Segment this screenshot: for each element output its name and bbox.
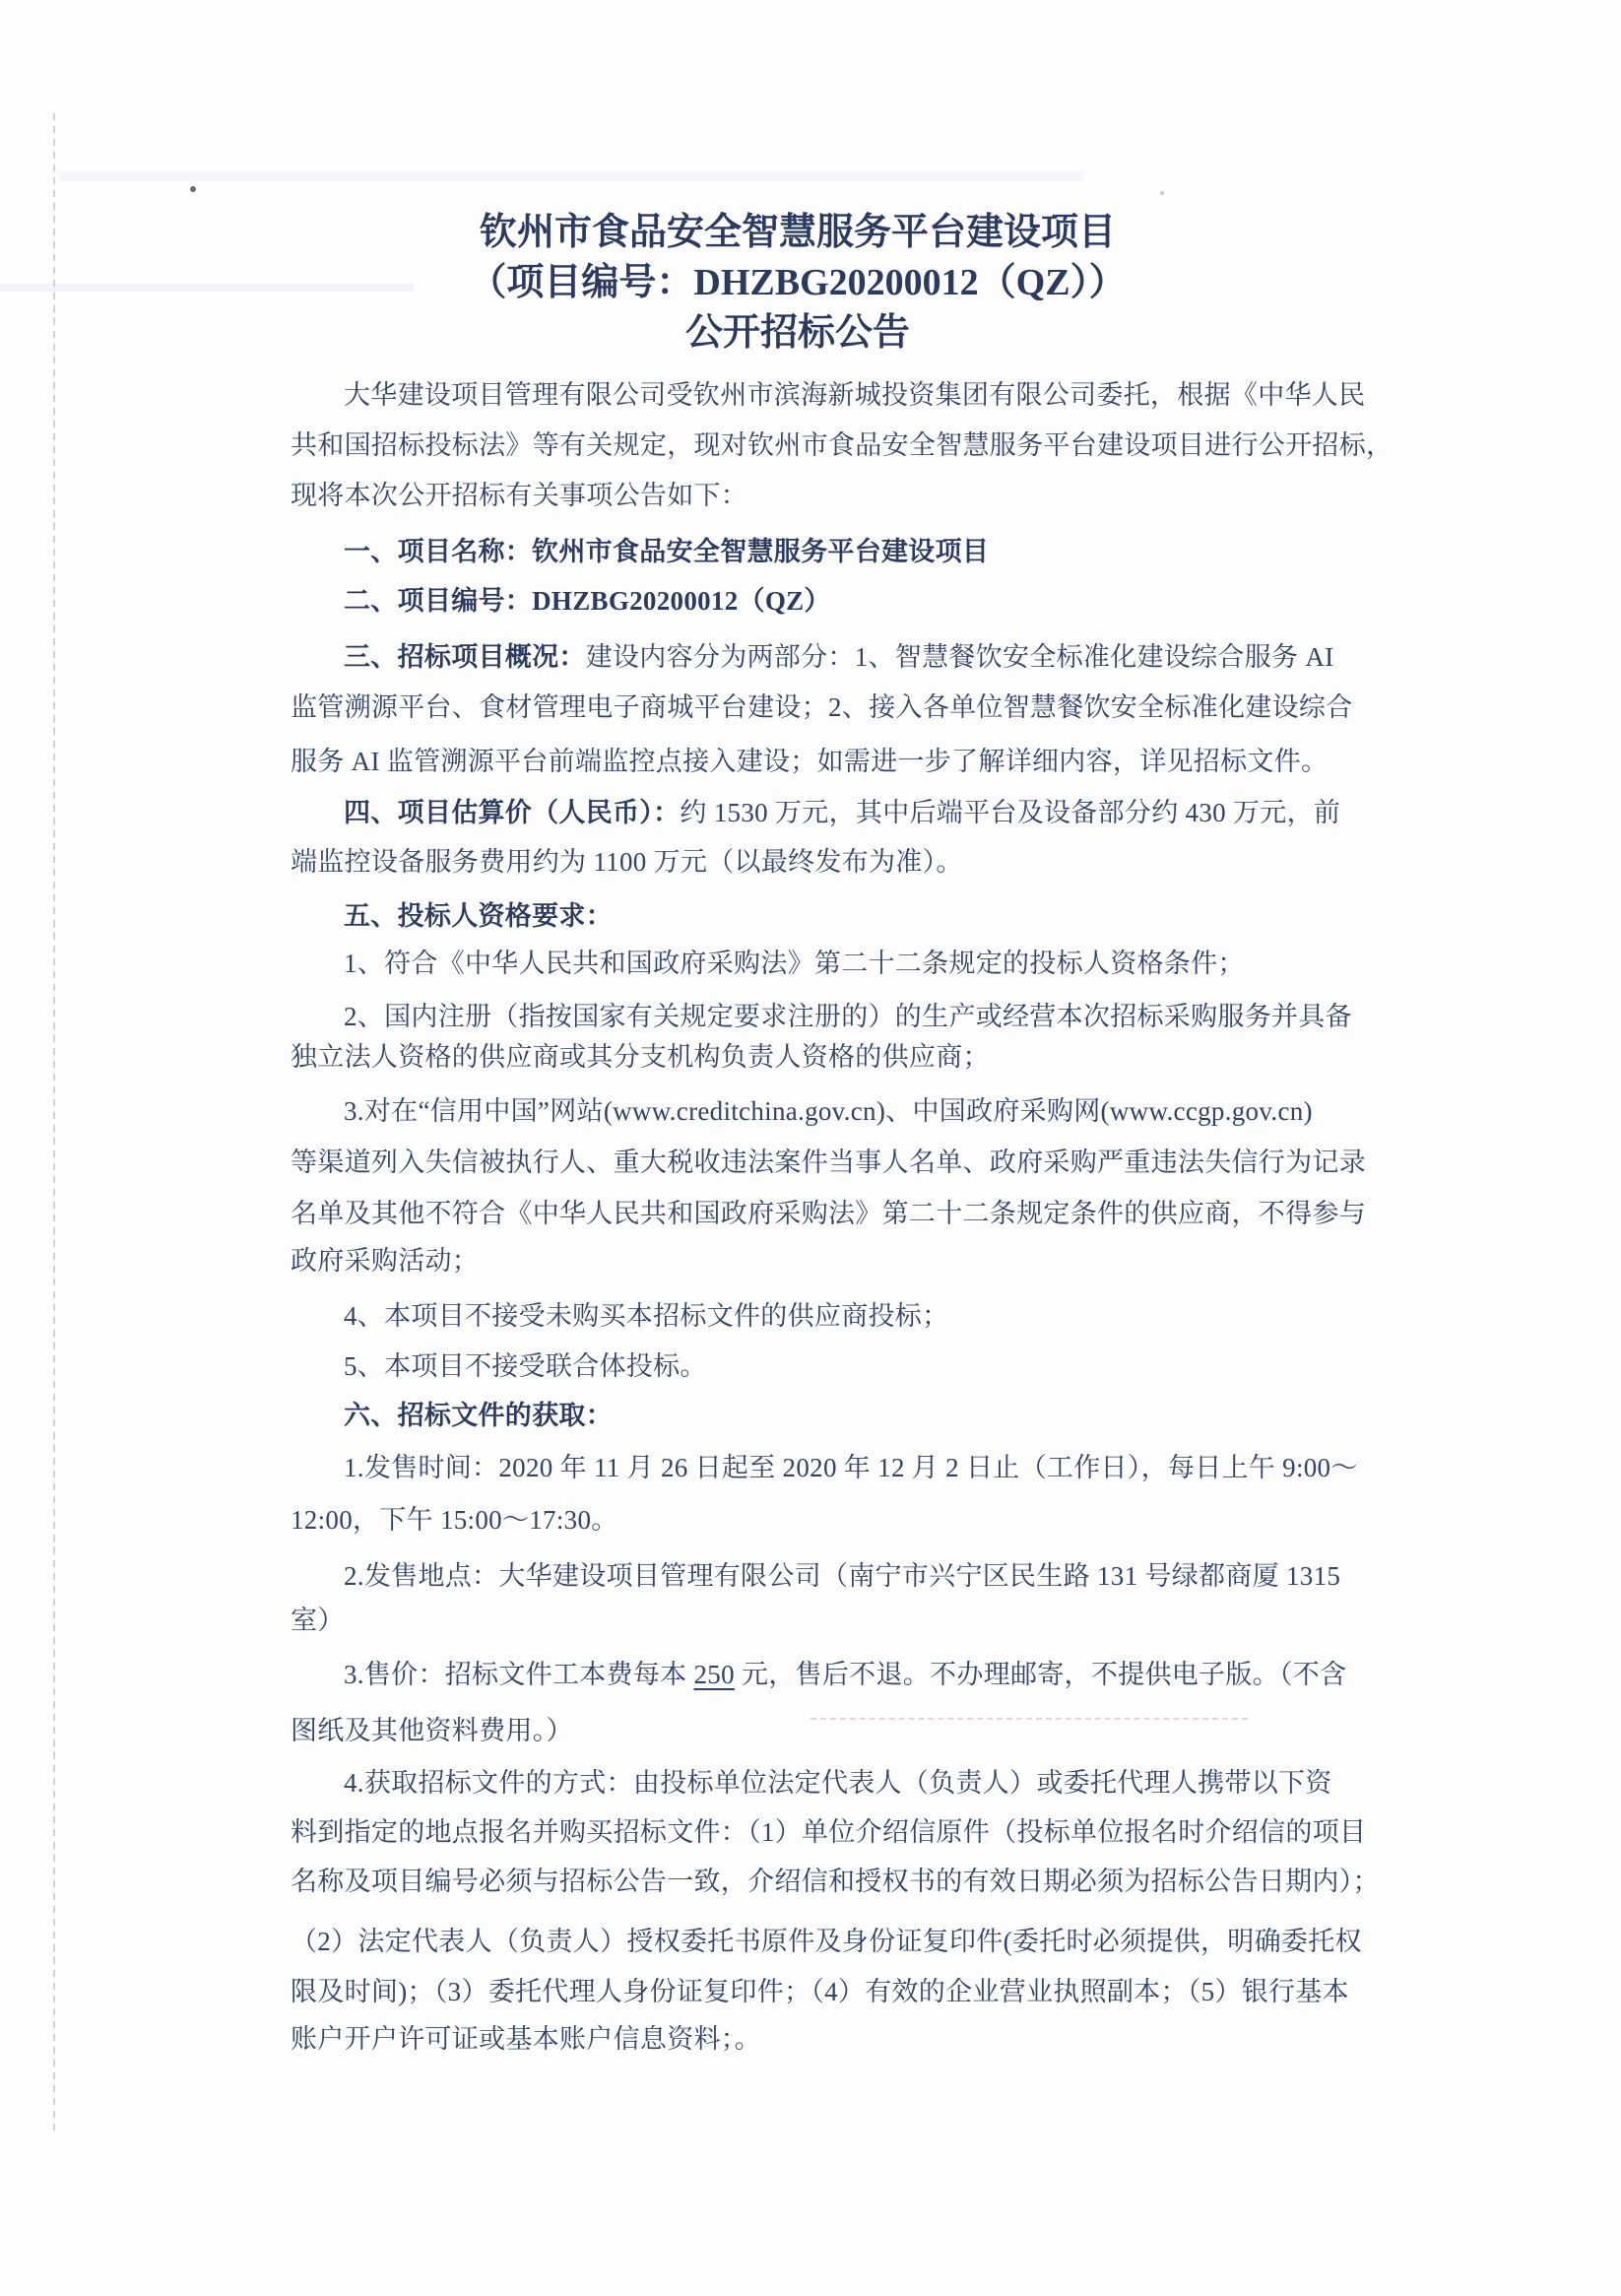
doc-line: 图纸及其他资料费用。） <box>291 1705 1382 1756</box>
doc-line: 4.获取招标文件的方式：由投标单位法定代表人（负责人）或委托代理人携带以下资 <box>291 1757 1435 1808</box>
doc-text: 4.获取招标文件的方式：由投标单位法定代表人（负责人）或委托代理人携带以下资 <box>344 1768 1332 1798</box>
scan-speck <box>190 186 196 192</box>
doc-line: 1.发售时间：2020 年 11 月 26 日起至 2020 年 12 月 2 … <box>291 1442 1435 1493</box>
doc-text: 现将本次公开招标有关事项公告如下： <box>291 481 747 510</box>
scan-noise-streak <box>59 171 1083 181</box>
doc-line: 5、本项目不接受联合体投标。 <box>291 1341 1435 1392</box>
doc-text: 4、本项目不接受未购买本招标文件的供应商投标； <box>344 1301 948 1331</box>
doc-text: 1、符合《中华人民共和国政府采购法》第二十二条规定的投标人资格条件； <box>344 949 1245 978</box>
doc-line: 名称及项目编号必须与招标公告一致，介绍信和授权书的有效日期必须为招标公告日期内）… <box>291 1856 1382 1907</box>
scan-edge-line <box>53 113 55 2132</box>
doc-text: 名单及其他不符合《中华人民共和国政府采购法》第二十二条规定条件的供应商，不得参与 <box>291 1199 1366 1228</box>
doc-text: 政府采购活动； <box>291 1246 479 1276</box>
doc-line: 现将本次公开招标有关事项公告如下： <box>291 470 1382 521</box>
doc-text: 大华建设项目管理有限公司受钦州市滨海新城投资集团有限公司委托，根据《中华人民 <box>344 380 1365 410</box>
document-title-line-3: 公开招标公告 <box>256 307 1339 359</box>
doc-line: 大华建设项目管理有限公司受钦州市滨海新城投资集团有限公司委托，根据《中华人民 <box>291 369 1435 421</box>
doc-line: 二、项目编号：DHZBG20200012（QZ） <box>291 575 1435 626</box>
doc-line: 三、招标项目概况：建设内容分为两部分：1、智慧餐饮安全标准化建设综合服务 AI <box>291 631 1435 683</box>
doc-line: 服务 AI 监管溯源平台前端监控点接入建设；如需进一步了解详细内容，详见招标文件… <box>291 736 1382 787</box>
doc-text-bold: 四、项目估算价（人民币）： <box>344 798 680 827</box>
doc-line: 限及时间)；（3）委托代理人身份证复印件；（4）有效的企业营业执照副本；（5）银… <box>291 1966 1382 2017</box>
doc-text: 独立法人资格的供应商或其分支机构负责人资格的供应商； <box>291 1042 990 1072</box>
doc-text: 端监控设备服务费用约为 1100 万元（以最终发布为准）。 <box>291 847 963 877</box>
doc-text: 室） <box>291 1606 345 1635</box>
doc-text: 服务 AI 监管溯源平台前端监控点接入建设；如需进一步了解详细内容，详见招标文件… <box>291 747 1328 776</box>
doc-text-bold: 一、项目名称：钦州市食品安全智慧服务平台建设项目 <box>344 537 989 566</box>
doc-text-underlined: 250 <box>694 1660 735 1689</box>
doc-line: 六、招标文件的获取： <box>291 1390 1435 1441</box>
doc-line: 4、本项目不接受未购买本招标文件的供应商投标； <box>291 1290 1435 1342</box>
doc-line: 3.售价：招标文件工本费每本 250 元，售后不退。不办理邮寄，不提供电子版。（… <box>291 1649 1435 1700</box>
doc-line: （2）法定代表人（负责人）授权委托书原件及身份证复印件(委托时必须提供，明确委托… <box>291 1916 1382 1967</box>
doc-text: 共和国招标投标法》等有关规定，现对钦州市食品安全智慧服务平台建设项目进行公开招标… <box>291 430 1393 460</box>
doc-text: 名称及项目编号必须与招标公告一致，介绍信和授权书的有效日期必须为招标公告日期内）… <box>291 1867 1380 1896</box>
doc-text: 等渠道列入失信被执行人、重大税收违法案件当事人名单、政府采购严重违法失信行为记录 <box>291 1148 1366 1177</box>
doc-line: 1、符合《中华人民共和国政府采购法》第二十二条规定的投标人资格条件； <box>291 938 1435 989</box>
doc-line: 四、项目估算价（人民币）：约 1530 万元，其中后端平台及设备部分约 430 … <box>291 787 1435 838</box>
doc-line: 3.对在“信用中国”网站(www.creditchina.gov.cn)、中国政… <box>291 1085 1435 1137</box>
doc-text: 3.对在“信用中国”网站(www.creditchina.gov.cn)、中国政… <box>344 1096 1313 1126</box>
doc-text: 料到指定的地点报名并购买招标文件：（1）单位介绍信原件（投标单位报名时介绍信的项… <box>291 1817 1366 1847</box>
doc-text: 1.发售时间：2020 年 11 月 26 日起至 2020 年 12 月 2 … <box>344 1453 1358 1482</box>
doc-text: 账户开户许可证或基本账户信息资料；。 <box>291 2024 761 2054</box>
document-title-line-2: （项目编号：DHZBG20200012（QZ）） <box>256 257 1339 308</box>
doc-line: 一、项目名称：钦州市食品安全智慧服务平台建设项目 <box>291 526 1435 577</box>
document-title-line-1: 钦州市食品安全智慧服务平台建设项目 <box>256 207 1339 258</box>
doc-line: 独立法人资格的供应商或其分支机构负责人资格的供应商； <box>291 1031 1382 1082</box>
doc-line: 等渠道列入失信被执行人、重大税收违法案件当事人名单、政府采购严重违法失信行为记录 <box>291 1137 1382 1188</box>
doc-text: 监管溯源平台、食材管理电子商城平台建设；2、接入各单位智慧餐饮安全标准化建设综合 <box>291 692 1353 722</box>
scanned-document-page: 钦州市食品安全智慧服务平台建设项目 （项目编号：DHZBG20200012（QZ… <box>0 0 1621 2296</box>
doc-line: 室） <box>291 1595 1382 1646</box>
doc-text: 5、本项目不接受联合体投标。 <box>344 1351 707 1381</box>
doc-line: 五、投标人资格要求： <box>291 890 1435 942</box>
doc-line: 政府采购活动； <box>291 1235 1382 1286</box>
doc-text: 元，售后不退。不办理邮寄，不提供电子版。（不含 <box>735 1660 1346 1689</box>
doc-text-bold: 六、招标文件的获取： <box>344 1401 613 1430</box>
doc-text-bold: 三、招标项目概况： <box>344 642 586 672</box>
doc-text: 2.发售地点：大华建设项目管理有限公司（南宁市兴宁区民生路 131 号绿都商厦 … <box>344 1561 1340 1591</box>
doc-text: 3.售价：招标文件工本费每本 <box>344 1660 694 1689</box>
doc-text: 约 1530 万元，其中后端平台及设备部分约 430 万元，前 <box>680 798 1340 827</box>
doc-line: 料到指定的地点报名并购买招标文件：（1）单位介绍信原件（投标单位报名时介绍信的项… <box>291 1806 1382 1858</box>
doc-text: 限及时间)；（3）委托代理人身份证复印件；（4）有效的企业营业执照副本；（5）银… <box>291 1977 1349 2006</box>
doc-text-bold: 五、投标人资格要求： <box>344 901 613 931</box>
doc-line: 账户开户许可证或基本账户信息资料；。 <box>291 2013 1382 2065</box>
doc-text: 图纸及其他资料费用。） <box>291 1716 573 1745</box>
scan-speck <box>1160 191 1164 195</box>
doc-line: 共和国招标投标法》等有关规定，现对钦州市食品安全智慧服务平台建设项目进行公开招标… <box>291 420 1382 471</box>
doc-text: 2、国内注册（指按国家有关规定要求注册的）的生产或经营本次招标采购服务并具备 <box>344 1002 1352 1031</box>
doc-text: 12:00，下午 15:00～17:30。 <box>291 1505 618 1535</box>
doc-text: （2）法定代表人（负责人）授权委托书原件及身份证复印件(委托时必须提供，明确委托… <box>291 1927 1362 1956</box>
doc-line: 名单及其他不符合《中华人民共和国政府采购法》第二十二条规定条件的供应商，不得参与 <box>291 1188 1382 1239</box>
doc-text-bold: 二、项目编号：DHZBG20200012（QZ） <box>344 586 831 616</box>
doc-text: 建设内容分为两部分：1、智慧餐饮安全标准化建设综合服务 AI <box>586 642 1334 672</box>
doc-line: 监管溯源平台、食材管理电子商城平台建设；2、接入各单位智慧餐饮安全标准化建设综合 <box>291 682 1382 733</box>
doc-line: 端监控设备服务费用约为 1100 万元（以最终发布为准）。 <box>291 836 1382 887</box>
doc-line: 12:00，下午 15:00～17:30。 <box>291 1494 1382 1545</box>
